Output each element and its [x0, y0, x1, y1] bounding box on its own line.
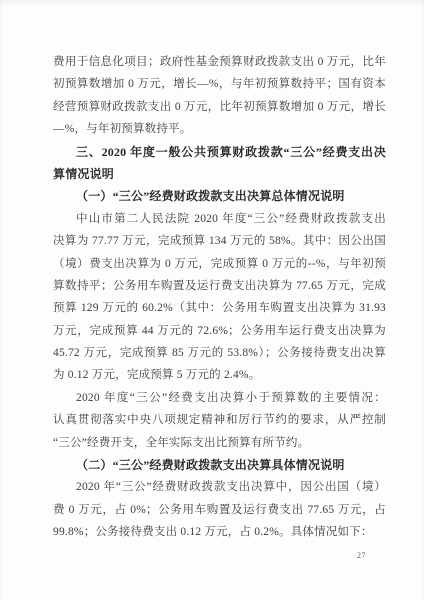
paragraph-line: 99.8%；公务接待费支出 0.12 万元，占 0.2%。具体情况如下：	[53, 521, 386, 543]
paragraph-line: （境）费支出决算为 0 万元，完成预算 0 万元的--%，与年初预	[53, 253, 386, 275]
subsection-heading-line: （二）“三公”经费财政拨款支出决算具体情况说明	[53, 454, 386, 476]
paragraph-line: 算数持平；公务用车购置及运行费支出决算为 77.65 万元，完成	[53, 275, 386, 297]
paragraph-line: 费 0 万元，占 0%；公务用车购置及运行费支出 77.65 万元，占	[53, 499, 386, 521]
paragraph-line: 初预算数增加 0 万元，增长—%，与年初预算数持平；国有资本	[53, 73, 386, 95]
document-page: 费用于信息化项目；政府性基金预算财政拨款支出 0 万元，比年 初预算数增加 0 …	[0, 0, 424, 600]
subsection-heading-line: （一）“三公”经费财政拨款支出决算总体情况说明	[53, 185, 386, 207]
paragraph-line: 为 0.12 万元，完成预算 5 万元的 2.4%。	[53, 364, 386, 386]
paragraph-line: 2020 年“三公”经费财政拨款支出决算中，因公出国（境）	[53, 476, 386, 498]
paragraph-line: 中山市第二人民法院 2020 年度“三公”经费财政拨款支出	[53, 208, 386, 230]
paragraph-line: 费用于信息化项目；政府性基金预算财政拨款支出 0 万元，比年	[53, 51, 386, 73]
paragraph-line: 45.72 万元，完成预算 85 万元的 53.8%）；公务接待费支出决算	[53, 342, 386, 364]
paragraph-line: “三公”经费开支，全年实际支出比预算有所节约。	[53, 432, 386, 454]
paragraph-line: 决算为 77.77 万元，完成预算 134 万元的 58%。其中：因公出国	[53, 230, 386, 252]
paragraph-line: 经营预算财政拨款支出 0 万元，比年初预算数增加 0 万元，增长	[53, 96, 386, 118]
paragraph-line: 预算 129 万元的 60.2%（其中：公务用车购置支出决算为 31.93	[53, 297, 386, 319]
document-text-block: 费用于信息化项目；政府性基金预算财政拨款支出 0 万元，比年 初预算数增加 0 …	[53, 51, 386, 544]
page-number: 27	[357, 551, 366, 560]
paragraph-line: —%，与年初预算数持平。	[53, 118, 386, 140]
paragraph-line: 万元，完成预算 44 万元的 72.6%；公务用车运行费支出决算为	[53, 320, 386, 342]
section-heading-line: 算情况说明	[53, 163, 386, 185]
paragraph-line: 认真贯彻落实中央八项规定精神和厉行节约的要求，从严控制	[53, 409, 386, 431]
section-heading-line: 三、2020 年度一般公共预算财政拨款“三公”经费支出决	[53, 141, 386, 163]
paragraph-line: 2020 年度“三公”经费支出决算小于预算数的主要情况：	[53, 387, 386, 409]
